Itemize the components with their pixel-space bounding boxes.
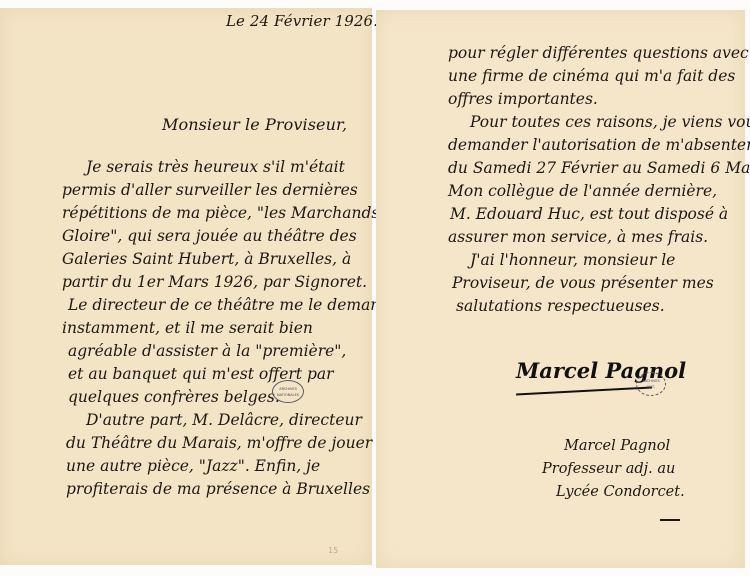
letter-line: pour régler différentes questions avec	[448, 44, 749, 62]
letter-line: permis d'aller surveiller les dernières	[62, 181, 358, 199]
letter-line: J'ai l'honneur, monsieur le	[470, 251, 675, 269]
letter-salutation: Monsieur le Proviseur,	[162, 115, 347, 134]
letter-line: du Samedi 27 Février au Samedi 6 Mars.	[448, 159, 750, 177]
letter-date: Le 24 Février 1926.	[226, 12, 378, 30]
archive-stamp: ARCHIVES NATIONALES	[272, 380, 304, 403]
letter-page-right: pour régler différentes questions avec u…	[376, 10, 745, 568]
letter-line: du Théâtre du Marais, m'offre de jouer	[66, 434, 372, 452]
letter-line: une firme de cinéma qui m'a fait des	[448, 67, 735, 85]
letter-line: Je serais très heureux s'il m'était	[86, 158, 345, 176]
letter-line: demander l'autorisation de m'absenter	[448, 136, 750, 154]
letter-line: instamment, et il me serait bien	[62, 319, 313, 337]
letter-line: assurer mon service, à mes frais.	[448, 228, 708, 246]
signature-block-name: Marcel Pagnol	[564, 438, 670, 454]
letter-line: Le directeur de ce théâtre me le demande	[68, 296, 399, 314]
letter-line: Pour toutes ces raisons, je viens vous	[470, 113, 750, 131]
letter-line: Proviseur, de vous présenter mes	[452, 274, 714, 292]
letter-line: profiterais de ma présence à Bruxelles	[66, 480, 370, 498]
archive-stamp: ARCHIVES NAT.	[636, 372, 666, 396]
letter-line: quelques confrères belges.	[68, 388, 280, 406]
letter-line: répétitions de ma pièce, "les Marchands …	[62, 204, 403, 222]
letter-line: agréable d'assister à la "première",	[68, 342, 346, 360]
letter-line: M. Edouard Huc, est tout disposé à	[450, 205, 728, 223]
letter-line: D'autre part, M. Delâcre, directeur	[86, 411, 362, 429]
letter-line: offres importantes.	[448, 90, 598, 108]
letter-line: une autre pièce, "Jazz". Enfin, je	[66, 457, 320, 475]
letter-line: salutations respectueuses.	[456, 297, 665, 315]
letter-line: Galeries Saint Hubert, à Bruxelles, à	[62, 250, 351, 268]
signature-underline	[516, 386, 652, 395]
signature-block-title: Professeur adj. au	[542, 461, 675, 477]
letter-line: partir du 1er Mars 1926, par Signoret.	[62, 273, 367, 291]
letter-line: Gloire", qui sera jouée au théâtre des	[62, 227, 357, 245]
signature-block-school: Lycée Condorcet.	[556, 484, 685, 500]
letter-line: Mon collègue de l'année dernière,	[448, 182, 717, 200]
letter-page-left: Le 24 Février 1926. Monsieur le Proviseu…	[0, 8, 372, 565]
closing-dash	[660, 519, 680, 521]
pencil-folio-mark: 15	[328, 546, 338, 555]
